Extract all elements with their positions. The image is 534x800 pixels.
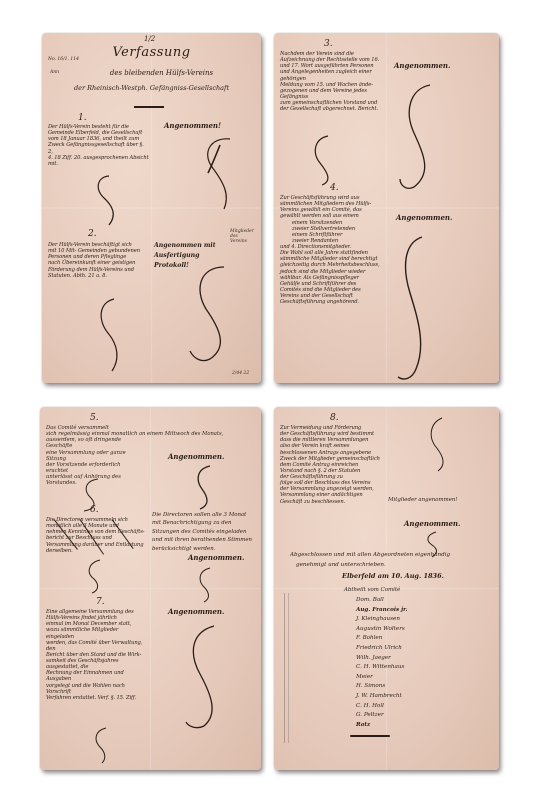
signature: Dom. Ball [356, 597, 476, 604]
pencil-line [284, 593, 285, 743]
signature: J. W. Hambrecht [356, 693, 476, 700]
annotation-swash-icon [422, 415, 452, 475]
annotation-accepted: Angenommen. [168, 452, 224, 461]
signature: Ratz [356, 722, 476, 729]
annotation-swash-icon [180, 263, 240, 363]
section-number: 1. [78, 113, 87, 123]
margin-note: Mitglieder des Vereins [230, 229, 256, 244]
folio-number: 1/2 [144, 35, 155, 43]
section-end-swash-icon [304, 133, 344, 188]
annotation-swash-icon [190, 133, 240, 213]
signature: Augustin Wolters [356, 626, 476, 633]
section-end-swash-icon [87, 173, 127, 228]
section-8-text: Zur Vermeidung und Förderung der Geschäf… [280, 425, 384, 505]
document-page-1: 1/2 No. 16/1. 114 Ann Verfassung des ble… [42, 33, 261, 383]
section-end-swash-icon [80, 557, 110, 597]
corner-mark: 2/44 22 [232, 371, 249, 376]
signature: Aug. Francois jr. [356, 607, 476, 614]
signature: Meier [356, 674, 476, 681]
ink-flourish [350, 735, 390, 737]
annotation-swash-icon [178, 622, 228, 732]
section-1-text: Der Hülfs-Verein besteht für die Gemeind… [48, 124, 149, 167]
annotation-accepted: Angenommen. [188, 553, 244, 562]
annotation-accepted-protocol: Angenommen mit Ausfertigung Protokoll! [154, 241, 232, 271]
document-page-4: 8. Zur Vermeidung und Förderung der Gesc… [274, 407, 499, 770]
signature-list: Dom. Ball Aug. Francois jr. J. Kleinghau… [356, 597, 476, 731]
section-number: 4. [330, 183, 339, 193]
section-number: 6. [90, 505, 99, 515]
annotation-accepted: Angenommen! [164, 121, 221, 130]
section-number: 8. [330, 413, 339, 423]
annotation-accepted: Angenommen. [396, 213, 452, 222]
annotation-accepted: Angenommen. [168, 607, 224, 616]
section-2-text: Der Hülfs-Verein beschäftigt sich mit 10… [48, 242, 149, 279]
document-page-3: 5. Das Comité versammelt sich regelmässi… [40, 407, 261, 770]
signature: C. H. Holl [356, 703, 476, 710]
annotation-amendment: Die Directoren sollen alle 3 Monat mit B… [152, 511, 256, 553]
annotation-accepted: Angenommen. [394, 61, 450, 70]
page-subtitle-2: der Rheinisch-Westph. Gefängniss-Gesells… [42, 85, 261, 93]
section-4-text: Zur Geschäftsführung wird aus sämmtliche… [280, 195, 384, 305]
document-page-2: 3. Nachdem der Verein sind die Aufzeichn… [274, 33, 499, 383]
signature: J. Kleinghausen [356, 616, 476, 623]
signature: H. Simons [356, 683, 476, 690]
annotation-swash-icon [394, 81, 444, 191]
annotation-inline: Mitglieder angenommen! [388, 497, 458, 503]
section-end-swash-icon [90, 295, 130, 375]
section-number: 2. [88, 229, 97, 239]
section-7-text: Eine allgemeine Versammlung des Hülfs-Ve… [46, 609, 148, 701]
signature: Wilh. Jaeger [356, 655, 476, 662]
title-divider [134, 106, 164, 108]
section-number: 3. [324, 39, 333, 49]
section-number: 5. [90, 413, 99, 423]
signature: G. Peltzer [356, 712, 476, 719]
signature: C. H. Wittenhaus [356, 664, 476, 671]
annotation-accepted: Angenommen. [404, 519, 460, 528]
section-number: 7. [96, 597, 105, 607]
signature: Friedrich Ulrich [356, 645, 476, 652]
pencil-line [288, 593, 289, 743]
section-3-text: Nachdem der Verein sind die Aufzeichnung… [280, 51, 384, 112]
signature: F. Bohlen [356, 635, 476, 642]
section-end-swash-icon [88, 725, 118, 765]
annotation-swash-icon [392, 233, 442, 383]
page-title: Verfassung [42, 45, 261, 60]
signatures-header: Abtheilt vom Comité [344, 587, 400, 593]
page-subtitle-1: des bleibenden Hülfs-Vereins [42, 69, 261, 77]
annotation-swash-icon [190, 565, 220, 605]
place-date: Elberfeld am 10. Aug. 1836. [342, 573, 444, 581]
closing-text: Abgeschlossen und mit allen Abgeordneten… [290, 551, 490, 570]
